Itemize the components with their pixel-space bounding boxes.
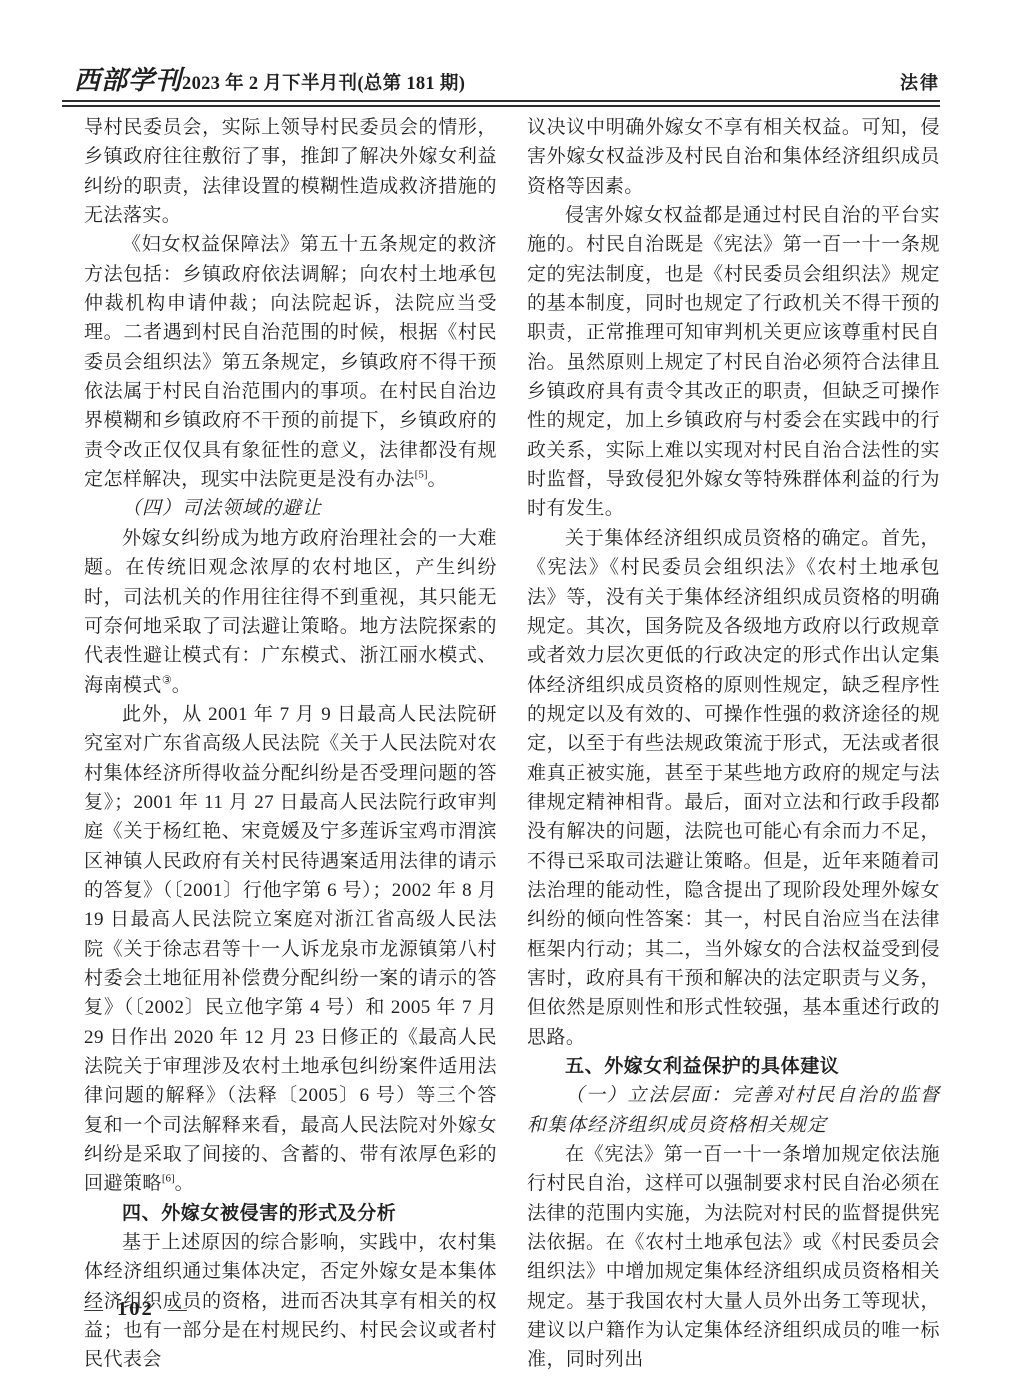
right-column: 议决议中明确外嫁女不享有相关权益。可知，侵害外嫁女权益涉及村民自治和集体经济组织… — [527, 113, 940, 1375]
text-run: 。 — [172, 675, 191, 696]
left-column: 导村民委员会，实际上领导村民委员会的情形，乡镇政府往往敷衍了事，推卸了解决外嫁女… — [84, 113, 497, 1375]
text-run: （一）立法层面：完善对村民自治的监督和集体经济组织成员资格相关规定 — [527, 1085, 940, 1135]
section-heading: 五、外嫁女利益保护的具体建议 — [527, 1052, 940, 1081]
text-run: 。 — [175, 1173, 194, 1194]
issue-info: 2023 年 2 月下半月刊(总第 181 期) — [182, 74, 465, 94]
footnote-marker: [5] — [415, 469, 428, 481]
body-paragraph: 《妇女权益保障法》第五十五条规定的救济方法包括：乡镇政府依法调解；向农村土地承包… — [84, 230, 497, 494]
text-run: 议决议中明确外嫁女不享有相关权益。可知，侵害外嫁女权益涉及村民自治和集体经济组织… — [527, 117, 940, 197]
text-run: 五、外嫁女利益保护的具体建议 — [565, 1056, 839, 1077]
text-run: 此外，从 2001 年 7 月 9 日最高人民法院研究室对广东省高级人民法院《关… — [84, 704, 497, 1195]
footnote-marker: ③ — [162, 674, 172, 686]
body-paragraph: 在《宪法》第一百一十一条增加规定依法施行村民自治，这样可以强制要求村民自治必须在… — [527, 1140, 940, 1375]
footnote-marker: [6] — [162, 1173, 175, 1185]
page-footer: — 102 — — [84, 1298, 187, 1321]
header-left-group: 西部学刊 2023 年 2 月下半月刊(总第 181 期) — [62, 68, 465, 94]
text-run: 侵害外嫁女权益都是通过村民自治的平台实施的。村民自治既是《宪法》第一百一十一条规… — [527, 205, 940, 519]
section-heading: （一）立法层面：完善对村民自治的监督和集体经济组织成员资格相关规定 — [527, 1081, 940, 1140]
body-paragraph: 侵害外嫁女权益都是通过村民自治的平台实施的。村民自治既是《宪法》第一百一十一条规… — [527, 201, 940, 524]
text-run: 《妇女权益保障法》第五十五条规定的救济方法包括：乡镇政府依法调解；向农村土地承包… — [84, 234, 497, 490]
body-paragraph: 议决议中明确外嫁女不享有相关权益。可知，侵害外嫁女权益涉及村民自治和集体经济组织… — [527, 113, 940, 201]
text-run: （四）司法领域的避让 — [122, 498, 322, 519]
journal-logo: 西部学刊 — [62, 68, 182, 94]
page-header: 西部学刊 2023 年 2 月下半月刊(总第 181 期) 法律 — [62, 60, 940, 94]
header-double-rule — [62, 100, 940, 107]
text-run: 关于集体经济组织成员资格的确定。首先，《宪法》《村民委员会组织法》《农村土地承包… — [527, 528, 940, 1048]
section-heading: 四、外嫁女被侵害的形式及分析 — [84, 1199, 497, 1228]
text-run: 外嫁女纠纷成为地方政府治理社会的一大难题。在传统旧观念浓厚的农村地区，产生纠纷时… — [84, 528, 497, 696]
section-heading: （四）司法领域的避让 — [84, 494, 497, 523]
article-body: 导村民委员会，实际上领导村民委员会的情形，乡镇政府往往敷衍了事，推卸了解决外嫁女… — [84, 113, 940, 1375]
footer-dash-left: — — [84, 1299, 103, 1321]
section-label: 法律 — [900, 74, 940, 94]
journal-page: 西部学刊 2023 年 2 月下半月刊(总第 181 期) 法律 导村民委员会，… — [0, 0, 1024, 1389]
text-run: 导村民委员会，实际上领导村民委员会的情形，乡镇政府往往敷衍了事，推卸了解决外嫁女… — [84, 117, 497, 226]
body-paragraph: 导村民委员会，实际上领导村民委员会的情形，乡镇政府往往敷衍了事，推卸了解决外嫁女… — [84, 113, 497, 230]
page-number: 102 — [103, 1298, 168, 1321]
footer-dash-right: — — [168, 1299, 187, 1321]
body-paragraph: 外嫁女纠纷成为地方政府治理社会的一大难题。在传统旧观念浓厚的农村地区，产生纠纷时… — [84, 524, 497, 700]
text-run: 。 — [427, 469, 446, 490]
body-paragraph: 关于集体经济组织成员资格的确定。首先，《宪法》《村民委员会组织法》《农村土地承包… — [527, 524, 940, 1052]
text-run: 四、外嫁女被侵害的形式及分析 — [122, 1203, 396, 1224]
text-run: 在《宪法》第一百一十一条增加规定依法施行村民自治，这样可以强制要求村民自治必须在… — [527, 1144, 940, 1370]
body-paragraph: 此外，从 2001 年 7 月 9 日最高人民法院研究室对广东省高级人民法院《关… — [84, 700, 497, 1199]
